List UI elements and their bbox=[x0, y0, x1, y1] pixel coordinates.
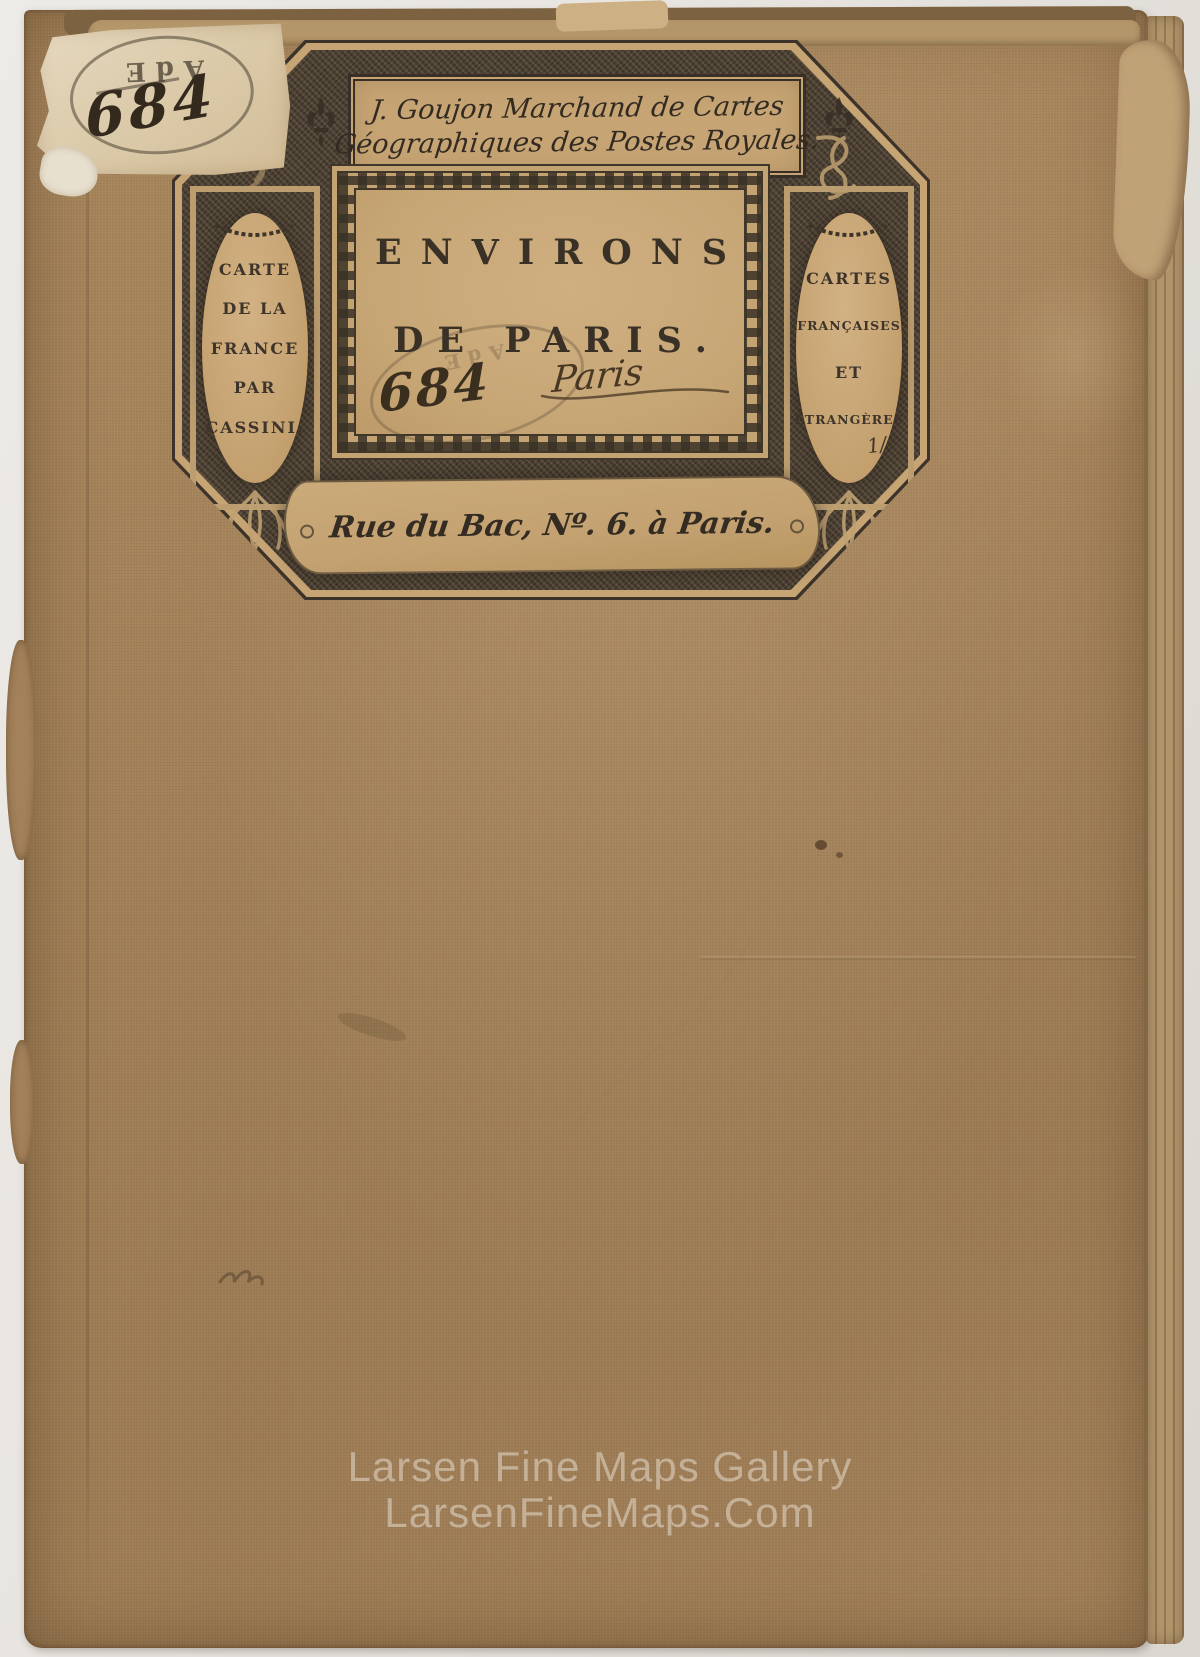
publisher-line-1: J. Goujon Marchand de Cartes bbox=[369, 90, 786, 128]
medallion-line: CARTES bbox=[806, 269, 892, 288]
pencil-scribble bbox=[214, 1252, 270, 1296]
left-medallion-frame: CARTE DE LA FRANCE PAR CASSINI. bbox=[190, 186, 320, 510]
cover-fold-line bbox=[86, 44, 89, 1604]
left-edge-cloth-bump-lower bbox=[10, 1040, 34, 1164]
medallion-line: CARTE bbox=[219, 260, 291, 279]
medallion-line: ET bbox=[835, 363, 863, 382]
cover-crease bbox=[700, 956, 1136, 960]
medallion-line: FRANÇAISES bbox=[797, 318, 900, 333]
right-medallion-frame: CARTES FRANÇAISES ET ÉTRANGÈRES 1/ bbox=[784, 186, 914, 510]
medallion-line: ÉTRANGÈRES bbox=[794, 412, 904, 427]
title-panel: ENVIRONS DE PARIS. AdE 684 Paris bbox=[330, 164, 770, 460]
ink-spot bbox=[836, 852, 843, 858]
medallion-line: CASSINI. bbox=[205, 418, 304, 437]
handwritten-mark: 1/ bbox=[865, 432, 888, 458]
address-text: Rue du Bac, Nº. 6. à Paris. bbox=[328, 505, 777, 545]
frayed-top-paper-bit bbox=[556, 0, 669, 32]
address-ribbon: Rue du Bac, Nº. 6. à Paris. bbox=[284, 475, 821, 575]
right-medallion: CARTES FRANÇAISES ET ÉTRANGÈRES 1/ bbox=[796, 213, 902, 483]
left-edge-cloth-bump bbox=[6, 640, 36, 860]
ink-spot bbox=[815, 840, 827, 850]
fleur-de-lis-icon bbox=[304, 92, 338, 150]
pen-flourish bbox=[538, 380, 734, 410]
title-panel-ornament-border: ENVIRONS DE PARIS. AdE 684 Paris bbox=[337, 171, 763, 453]
gallery-watermark: Larsen Fine Maps Gallery LarsenFineMaps.… bbox=[0, 1444, 1200, 1536]
surface-scratch bbox=[560, 930, 760, 1144]
watermark-line-2: LarsenFineMaps.Com bbox=[0, 1490, 1200, 1536]
title-line-1: ENVIRONS bbox=[356, 232, 744, 273]
photograph-of-atlas-cover: J. Goujon Marchand de Cartes Géographiqu… bbox=[0, 0, 1200, 1657]
publisher-banner: J. Goujon Marchand de Cartes Géographiqu… bbox=[348, 74, 806, 178]
medallion-line: FRANCE bbox=[211, 339, 300, 358]
title-panel-field: ENVIRONS DE PARIS. AdE 684 Paris bbox=[354, 188, 746, 436]
water-stain bbox=[1000, 260, 1150, 450]
watermark-line-1: Larsen Fine Maps Gallery bbox=[0, 1444, 1200, 1490]
publisher-line-2: Géographiques des Postes Royales. bbox=[333, 123, 821, 162]
garland-swag-icon bbox=[806, 221, 892, 245]
garland-swag-icon bbox=[212, 221, 298, 245]
left-medallion: CARTE DE LA FRANCE PAR CASSINI. bbox=[202, 213, 308, 483]
medallion-line: PAR bbox=[234, 378, 277, 397]
medallion-line: DE LA bbox=[222, 299, 287, 318]
